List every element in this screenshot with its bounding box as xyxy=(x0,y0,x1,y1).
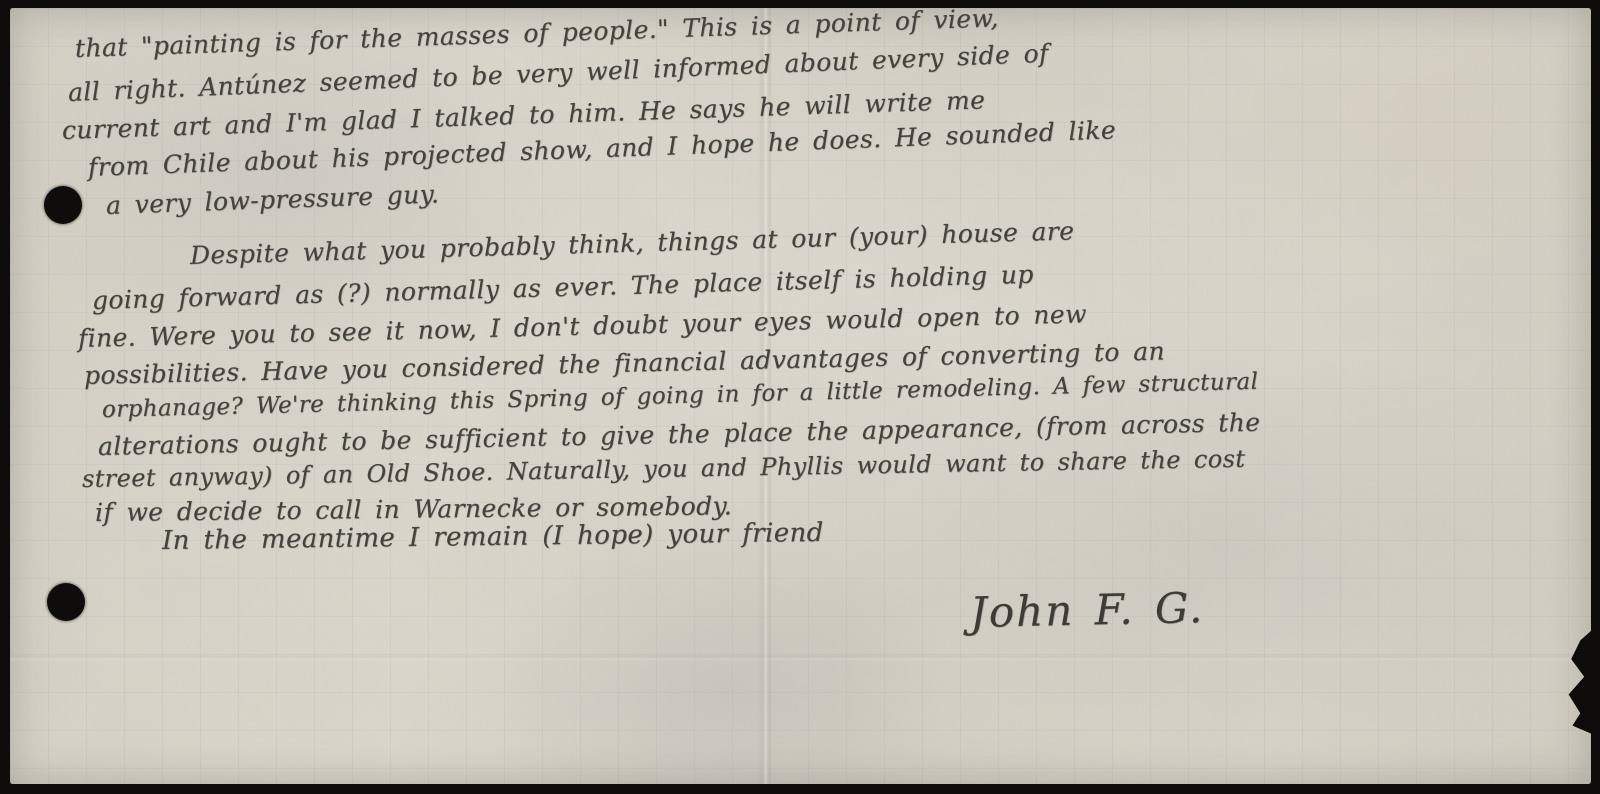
torn-edge xyxy=(1566,630,1592,734)
letter-line: a very low-pressure guy. xyxy=(105,179,439,220)
hole-punch-bottom xyxy=(47,583,85,621)
letter-signature: John F. G. xyxy=(969,583,1204,637)
letter-paper: that "painting is for the masses of peop… xyxy=(10,8,1591,784)
hole-punch-top xyxy=(44,186,82,224)
horizontal-fold-crease xyxy=(10,654,1591,662)
scanned-letter: that "painting is for the masses of peop… xyxy=(0,0,1600,794)
